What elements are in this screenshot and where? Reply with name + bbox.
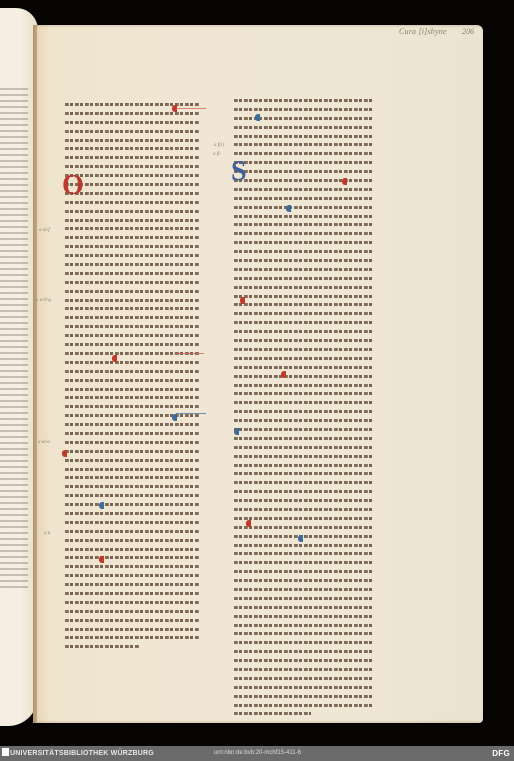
manuscript-line	[234, 274, 374, 283]
paragraph-mark-blue	[172, 414, 177, 421]
manuscript-line	[65, 109, 200, 118]
manuscript-line	[65, 313, 200, 322]
manuscript-line	[234, 167, 374, 176]
manuscript-line	[65, 269, 200, 278]
manuscript-line	[234, 514, 374, 523]
manuscript-line	[234, 194, 374, 203]
manuscript-line	[234, 96, 374, 105]
manuscript-line	[234, 567, 374, 576]
manuscript-line	[65, 136, 200, 145]
manuscript-line	[65, 207, 200, 216]
manuscript-line	[234, 238, 374, 247]
manuscript-line	[234, 478, 374, 487]
manuscript-line	[234, 140, 374, 149]
manuscript-line	[234, 443, 374, 452]
urn-identifier: urn:nbn:de:bvb:20-mchf15-411-6	[214, 746, 301, 761]
manuscript-line	[234, 389, 374, 398]
manuscript-line	[65, 331, 200, 340]
manuscript-line	[65, 216, 200, 225]
decorated-initial-s: S	[231, 158, 247, 186]
manuscript-line	[65, 456, 200, 465]
running-head: Cura [i]sbyne	[399, 27, 447, 36]
manuscript-line	[65, 420, 200, 429]
manuscript-line	[234, 292, 374, 301]
manuscript-line	[234, 318, 374, 327]
manuscript-line	[65, 473, 200, 482]
manuscript-line	[65, 509, 200, 518]
manuscript-line	[65, 429, 200, 438]
manuscript-line	[65, 198, 200, 207]
marginal-note: a fi-	[213, 152, 221, 157]
manuscript-line	[234, 105, 374, 114]
text-column-right	[234, 96, 374, 718]
manuscript-line	[234, 398, 374, 407]
manuscript-line	[234, 220, 374, 229]
text-column-left	[65, 100, 200, 651]
manuscript-line	[234, 425, 374, 434]
paragraph-mark-red	[240, 297, 245, 304]
folio-number: 206	[462, 27, 474, 36]
paragraph-mark-blue	[99, 502, 104, 509]
manuscript-line	[65, 180, 200, 189]
manuscript-line	[65, 171, 200, 180]
manuscript-line	[234, 381, 374, 390]
manuscript-line	[65, 616, 200, 625]
manuscript-line	[65, 287, 200, 296]
manuscript-line	[65, 144, 200, 153]
paragraph-mark-blue	[255, 114, 260, 121]
manuscript-line	[65, 545, 200, 554]
manuscript-line	[234, 229, 374, 238]
manuscript-line	[234, 665, 374, 674]
manuscript-line	[65, 162, 200, 171]
manuscript-line	[65, 393, 200, 402]
paragraph-mark-red	[342, 178, 347, 185]
manuscript-line	[234, 701, 374, 710]
manuscript-line	[234, 354, 374, 363]
manuscript-line	[65, 376, 200, 385]
footer-bar: UNIVERSITÄTSBIBLIOTHEK WÜRZBURG urn:nbn:…	[0, 746, 514, 761]
manuscript-line	[234, 416, 374, 425]
manuscript-line	[234, 505, 374, 514]
manuscript-line	[65, 358, 200, 367]
manuscript-line	[234, 149, 374, 158]
manuscript-line	[234, 629, 374, 638]
manuscript-line	[65, 385, 200, 394]
manuscript-line	[234, 461, 374, 470]
marginal-note: a ul-f	[39, 228, 50, 233]
dfg-logo[interactable]: DFG	[492, 746, 510, 761]
manuscript-line	[234, 638, 374, 647]
manuscript-line	[234, 345, 374, 354]
manuscript-line	[234, 692, 374, 701]
manuscript-line	[65, 438, 200, 447]
manuscript-line	[234, 541, 374, 550]
manuscript-line	[234, 265, 374, 274]
manuscript-line	[234, 256, 374, 265]
paragraph-mark-blue	[234, 428, 239, 435]
rubric-line-blue	[176, 413, 206, 414]
manuscript-line	[65, 527, 200, 536]
manuscript-line	[234, 612, 374, 621]
manuscript-line	[234, 203, 374, 212]
manuscript-line	[65, 553, 200, 562]
paragraph-mark-red	[246, 520, 251, 527]
manuscript-line	[234, 247, 374, 256]
paragraph-mark-red	[281, 371, 286, 378]
manuscript-line	[65, 562, 200, 571]
marginal-note: a u	[44, 531, 50, 536]
manuscript-line	[65, 500, 200, 509]
manuscript-line	[234, 132, 374, 141]
manuscript-line	[234, 487, 374, 496]
rubric-line-red	[174, 353, 204, 354]
marginal-note: a f(i)	[214, 143, 224, 148]
manuscript-line	[234, 585, 374, 594]
manuscript-line	[234, 283, 374, 292]
manuscript-line	[65, 589, 200, 598]
decorated-initial-o: O	[62, 172, 84, 200]
institution-label[interactable]: UNIVERSITÄTSBIBLIOTHEK WÜRZBURG	[2, 746, 154, 761]
institution-name: UNIVERSITÄTSBIBLIOTHEK WÜRZBURG	[10, 750, 154, 757]
manuscript-line	[234, 212, 374, 221]
manuscript-line	[234, 558, 374, 567]
manuscript-line	[234, 185, 374, 194]
rubric-line-red	[176, 108, 206, 109]
manuscript-line	[65, 642, 200, 651]
manuscript-line	[234, 123, 374, 132]
manuscript-line	[234, 674, 374, 683]
manuscript-line	[234, 523, 374, 532]
image-viewer[interactable]: Cura [i]sbyne 206 O S a f(i) a fi- a ul-…	[0, 0, 514, 746]
manuscript-line	[65, 482, 200, 491]
manuscript-line	[65, 598, 200, 607]
manuscript-line	[234, 372, 374, 381]
manuscript-line	[234, 452, 374, 461]
manuscript-line	[234, 363, 374, 372]
manuscript-line	[234, 336, 374, 345]
manuscript-line	[65, 447, 200, 456]
manuscript-line	[65, 118, 200, 127]
manuscript-line	[65, 402, 200, 411]
manuscript-line	[65, 491, 200, 500]
manuscript-line	[234, 594, 374, 603]
manuscript-line	[234, 656, 374, 665]
manuscript-line	[65, 340, 200, 349]
manuscript-line	[234, 434, 374, 443]
paragraph-mark-red	[62, 450, 67, 457]
manuscript-line	[65, 367, 200, 376]
manuscript-line	[65, 278, 200, 287]
manuscript-line	[65, 465, 200, 474]
manuscript-line	[65, 296, 200, 305]
manuscript-line	[234, 549, 374, 558]
manuscript-line	[65, 242, 200, 251]
manuscript-line	[234, 158, 374, 167]
manuscript-line	[234, 709, 374, 718]
facing-page-text	[0, 88, 28, 588]
manuscript-line	[65, 518, 200, 527]
manuscript-line	[234, 647, 374, 656]
manuscript-line	[65, 189, 200, 198]
manuscript-line	[65, 625, 200, 634]
manuscript-line	[65, 633, 200, 642]
paragraph-mark-blue	[286, 205, 291, 212]
manuscript-line	[65, 260, 200, 269]
manuscript-line	[65, 224, 200, 233]
marginal-note: a ul-a	[38, 440, 50, 445]
manuscript-line	[234, 300, 374, 309]
manuscript-line	[234, 407, 374, 416]
manuscript-line	[234, 469, 374, 478]
manuscript-line	[65, 322, 200, 331]
manuscript-line	[234, 621, 374, 630]
manuscript-line	[234, 327, 374, 336]
manuscript-line	[234, 176, 374, 185]
manuscript-line	[65, 580, 200, 589]
paragraph-mark-red	[99, 556, 104, 563]
manuscript-line	[65, 251, 200, 260]
manuscript-line	[234, 603, 374, 612]
paragraph-mark-red	[112, 355, 117, 362]
manuscript-line	[234, 532, 374, 541]
manuscript-line	[65, 233, 200, 242]
manuscript-line	[65, 571, 200, 580]
manuscript-line	[65, 304, 200, 313]
manuscript-line	[234, 496, 374, 505]
manuscript-line	[65, 127, 200, 136]
manuscript-line	[65, 607, 200, 616]
manuscript-line	[65, 153, 200, 162]
manuscript-line	[234, 683, 374, 692]
marginal-note: a u-ll-g	[36, 298, 51, 303]
binding-gutter	[33, 25, 37, 723]
library-logo-icon	[2, 748, 9, 756]
manuscript-line	[234, 576, 374, 585]
manuscript-line	[234, 309, 374, 318]
manuscript-line	[65, 536, 200, 545]
paragraph-mark-blue	[298, 535, 303, 542]
